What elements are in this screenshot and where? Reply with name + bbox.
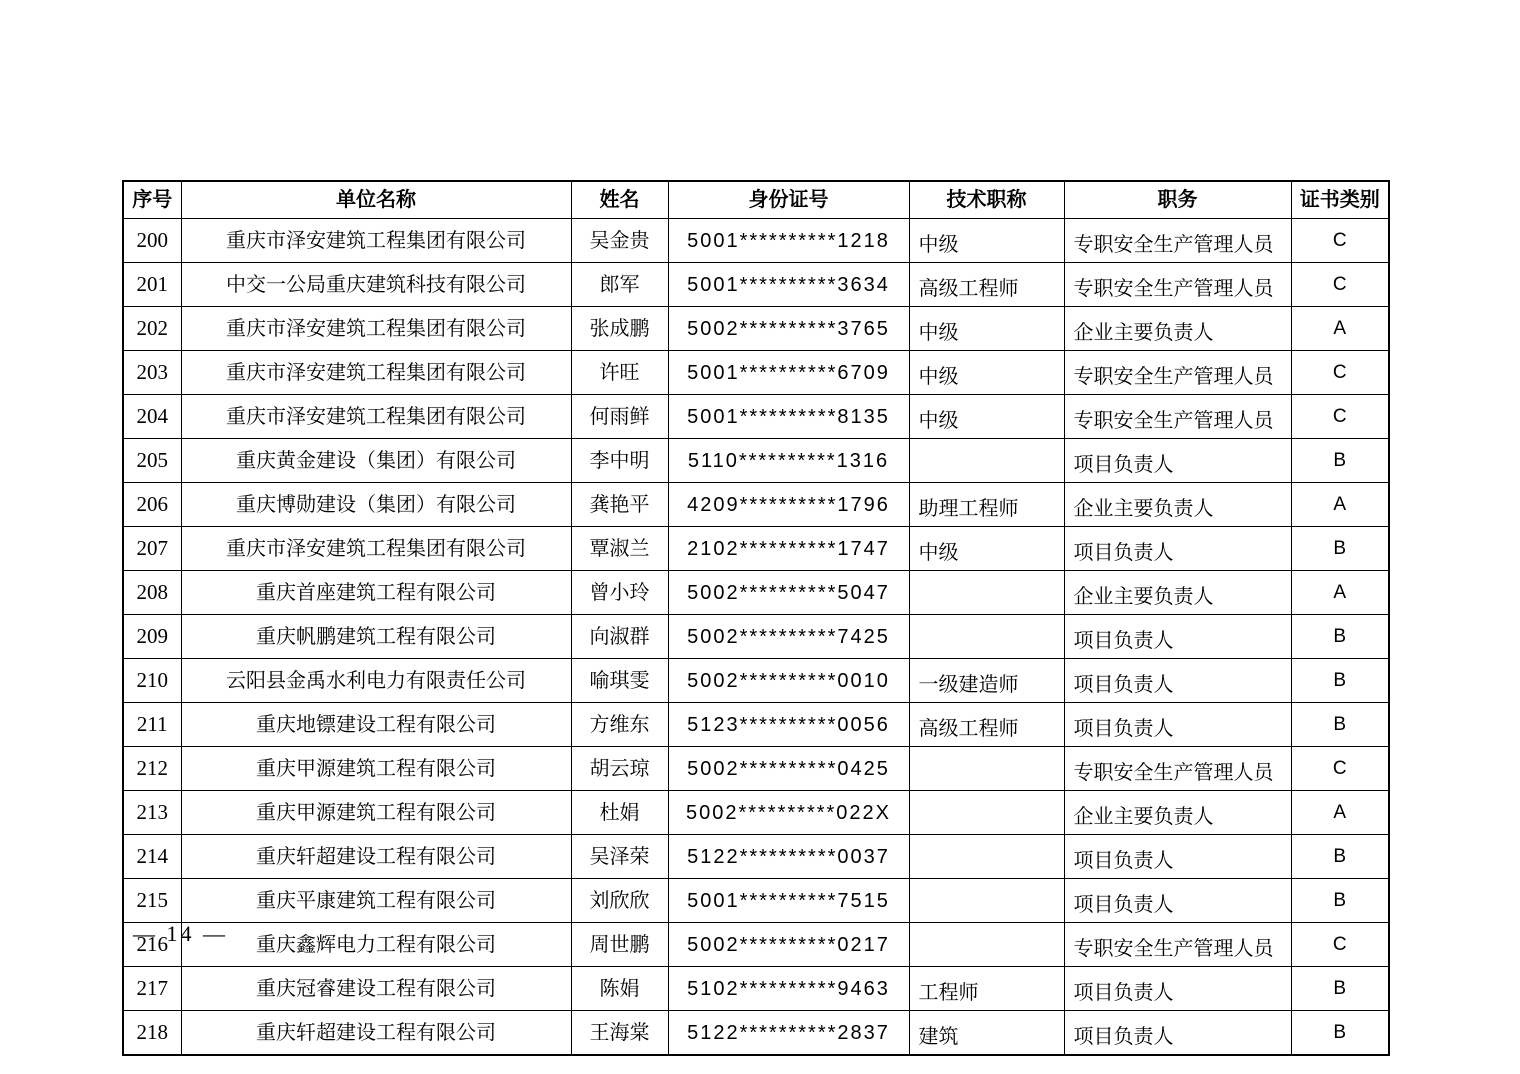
cell-title: 中级	[909, 527, 1064, 571]
cell-id_number: 5002**********0010	[668, 659, 909, 703]
cell-id_number: 4209**********1796	[668, 483, 909, 527]
cell-name: 郎军	[571, 263, 668, 307]
cell-position: 项目负责人	[1064, 439, 1291, 483]
certificate-holders-table: 序号单位名称姓名身份证号技术职称职务证书类别 200重庆市泽安建筑工程集团有限公…	[122, 180, 1390, 1056]
cell-no: 208	[123, 571, 181, 615]
cell-name: 喻琪雯	[571, 659, 668, 703]
table-row: 212重庆甲源建筑工程有限公司胡云琼5002**********0425专职安全…	[123, 747, 1389, 791]
cell-cert: A	[1291, 791, 1389, 835]
table-row: 217重庆冠睿建设工程有限公司陈娟5102**********9463工程师项目…	[123, 967, 1389, 1011]
cell-title: 工程师	[909, 967, 1064, 1011]
cell-title: 高级工程师	[909, 703, 1064, 747]
cell-name: 许旺	[571, 351, 668, 395]
cell-title	[909, 747, 1064, 791]
table-row: 208重庆首座建筑工程有限公司曾小玲5002**********5047企业主要…	[123, 571, 1389, 615]
cell-name: 曾小玲	[571, 571, 668, 615]
table-row: 202重庆市泽安建筑工程集团有限公司张成鹏5002**********3765中…	[123, 307, 1389, 351]
cell-position: 项目负责人	[1064, 703, 1291, 747]
cell-position: 项目负责人	[1064, 967, 1291, 1011]
cell-name: 吴泽荣	[571, 835, 668, 879]
cell-company: 重庆市泽安建筑工程集团有限公司	[181, 351, 571, 395]
cell-name: 龚艳平	[571, 483, 668, 527]
cell-title	[909, 923, 1064, 967]
cell-name: 胡云琼	[571, 747, 668, 791]
cell-position: 专职安全生产管理人员	[1064, 351, 1291, 395]
cell-id_number: 5001**********7515	[668, 879, 909, 923]
cell-cert: C	[1291, 263, 1389, 307]
cell-id_number: 5001**********1218	[668, 219, 909, 263]
cell-name: 李中明	[571, 439, 668, 483]
cell-cert: A	[1291, 571, 1389, 615]
cell-id_number: 5102**********9463	[668, 967, 909, 1011]
column-header-no: 序号	[123, 181, 181, 219]
cell-cert: B	[1291, 659, 1389, 703]
cell-id_number: 5002**********0217	[668, 923, 909, 967]
cell-company: 重庆鑫辉电力工程有限公司	[181, 923, 571, 967]
table-row: 203重庆市泽安建筑工程集团有限公司许旺5001**********6709中级…	[123, 351, 1389, 395]
cell-company: 重庆冠睿建设工程有限公司	[181, 967, 571, 1011]
cell-title: 中级	[909, 219, 1064, 263]
cell-position: 项目负责人	[1064, 615, 1291, 659]
cell-name: 陈娟	[571, 967, 668, 1011]
cell-id_number: 5002**********3765	[668, 307, 909, 351]
cell-name: 吴金贵	[571, 219, 668, 263]
cell-id_number: 5001**********8135	[668, 395, 909, 439]
cell-name: 向淑群	[571, 615, 668, 659]
cell-company: 重庆轩超建设工程有限公司	[181, 835, 571, 879]
cell-title: 中级	[909, 395, 1064, 439]
cell-no: 205	[123, 439, 181, 483]
cell-company: 云阳县金禹水利电力有限责任公司	[181, 659, 571, 703]
cell-no: 218	[123, 1011, 181, 1056]
column-header-position: 职务	[1064, 181, 1291, 219]
table-row: 206重庆博勋建设（集团）有限公司龚艳平4209**********1796助理…	[123, 483, 1389, 527]
cell-cert: B	[1291, 1011, 1389, 1056]
cell-no: 213	[123, 791, 181, 835]
cell-title	[909, 439, 1064, 483]
cell-id_number: 5001**********3634	[668, 263, 909, 307]
cell-no: 201	[123, 263, 181, 307]
cell-no: 203	[123, 351, 181, 395]
table-row: 205重庆黄金建设（集团）有限公司李中明5110**********1316项目…	[123, 439, 1389, 483]
cell-position: 专职安全生产管理人员	[1064, 263, 1291, 307]
table-row: 211重庆地镖建设工程有限公司方维东5123**********0056高级工程…	[123, 703, 1389, 747]
table-row: 215重庆平康建筑工程有限公司刘欣欣5001**********7515项目负责…	[123, 879, 1389, 923]
cell-position: 专职安全生产管理人员	[1064, 923, 1291, 967]
cell-company: 重庆市泽安建筑工程集团有限公司	[181, 527, 571, 571]
cell-id_number: 5122**********0037	[668, 835, 909, 879]
cell-no: 217	[123, 967, 181, 1011]
cell-cert: B	[1291, 967, 1389, 1011]
cell-name: 覃淑兰	[571, 527, 668, 571]
cell-title: 中级	[909, 351, 1064, 395]
cell-name: 王海棠	[571, 1011, 668, 1056]
cell-cert: B	[1291, 615, 1389, 659]
cell-no: 206	[123, 483, 181, 527]
cell-position: 企业主要负责人	[1064, 791, 1291, 835]
cell-position: 企业主要负责人	[1064, 483, 1291, 527]
cell-position: 专职安全生产管理人员	[1064, 395, 1291, 439]
table-row: 204重庆市泽安建筑工程集团有限公司何雨鲜5001**********8135中…	[123, 395, 1389, 439]
cell-no: 209	[123, 615, 181, 659]
table-row: 200重庆市泽安建筑工程集团有限公司吴金贵5001**********1218中…	[123, 219, 1389, 263]
table-row: 214重庆轩超建设工程有限公司吴泽荣5122**********0037项目负责…	[123, 835, 1389, 879]
cell-id_number: 5002**********022X	[668, 791, 909, 835]
cell-id_number: 2102**********1747	[668, 527, 909, 571]
cell-no: 202	[123, 307, 181, 351]
cell-name: 张成鹏	[571, 307, 668, 351]
cell-position: 企业主要负责人	[1064, 571, 1291, 615]
cell-id_number: 5002**********0425	[668, 747, 909, 791]
cell-id_number: 5122**********2837	[668, 1011, 909, 1056]
cell-position: 项目负责人	[1064, 1011, 1291, 1056]
cell-company: 重庆市泽安建筑工程集团有限公司	[181, 219, 571, 263]
cell-position: 项目负责人	[1064, 879, 1291, 923]
column-header-id_number: 身份证号	[668, 181, 909, 219]
cell-position: 企业主要负责人	[1064, 307, 1291, 351]
cell-company: 中交一公局重庆建筑科技有限公司	[181, 263, 571, 307]
cell-company: 重庆黄金建设（集团）有限公司	[181, 439, 571, 483]
cell-id_number: 5002**********7425	[668, 615, 909, 659]
cell-name: 杜娟	[571, 791, 668, 835]
table-row: 209重庆帆鹏建筑工程有限公司向淑群5002**********7425项目负责…	[123, 615, 1389, 659]
cell-company: 重庆帆鹏建筑工程有限公司	[181, 615, 571, 659]
cell-name: 方维东	[571, 703, 668, 747]
cell-no: 200	[123, 219, 181, 263]
document-page: 序号单位名称姓名身份证号技术职称职务证书类别 200重庆市泽安建筑工程集团有限公…	[0, 0, 1520, 1074]
cell-company: 重庆甲源建筑工程有限公司	[181, 747, 571, 791]
cell-title: 助理工程师	[909, 483, 1064, 527]
cell-company: 重庆首座建筑工程有限公司	[181, 571, 571, 615]
cell-id_number: 5001**********6709	[668, 351, 909, 395]
cell-cert: C	[1291, 747, 1389, 791]
cell-cert: C	[1291, 923, 1389, 967]
cell-no: 212	[123, 747, 181, 791]
cell-title: 一级建造师	[909, 659, 1064, 703]
cell-id_number: 5002**********5047	[668, 571, 909, 615]
cell-position: 项目负责人	[1064, 527, 1291, 571]
cell-cert: C	[1291, 395, 1389, 439]
cell-title: 建筑	[909, 1011, 1064, 1056]
page-number: — 14 —	[133, 921, 228, 947]
column-header-title: 技术职称	[909, 181, 1064, 219]
cell-cert: B	[1291, 703, 1389, 747]
table-body: 200重庆市泽安建筑工程集团有限公司吴金贵5001**********1218中…	[123, 219, 1389, 1056]
cell-name: 周世鹏	[571, 923, 668, 967]
cell-company: 重庆甲源建筑工程有限公司	[181, 791, 571, 835]
cell-cert: B	[1291, 879, 1389, 923]
table-row: 210云阳县金禹水利电力有限责任公司喻琪雯5002**********0010一…	[123, 659, 1389, 703]
cell-company: 重庆地镖建设工程有限公司	[181, 703, 571, 747]
cell-name: 刘欣欣	[571, 879, 668, 923]
cell-company: 重庆市泽安建筑工程集团有限公司	[181, 307, 571, 351]
cell-company: 重庆市泽安建筑工程集团有限公司	[181, 395, 571, 439]
cell-company: 重庆平康建筑工程有限公司	[181, 879, 571, 923]
cell-cert: A	[1291, 483, 1389, 527]
table-row: 213重庆甲源建筑工程有限公司杜娟5002**********022X企业主要负…	[123, 791, 1389, 835]
cell-title	[909, 835, 1064, 879]
column-header-company: 单位名称	[181, 181, 571, 219]
cell-no: 204	[123, 395, 181, 439]
cell-title	[909, 791, 1064, 835]
cell-no: 211	[123, 703, 181, 747]
cell-cert: C	[1291, 351, 1389, 395]
cell-cert: B	[1291, 527, 1389, 571]
table-row: 201中交一公局重庆建筑科技有限公司郎军5001**********3634高级…	[123, 263, 1389, 307]
cell-position: 专职安全生产管理人员	[1064, 219, 1291, 263]
cell-title: 高级工程师	[909, 263, 1064, 307]
cell-company: 重庆轩超建设工程有限公司	[181, 1011, 571, 1056]
column-header-cert: 证书类别	[1291, 181, 1389, 219]
cell-position: 专职安全生产管理人员	[1064, 747, 1291, 791]
column-header-name: 姓名	[571, 181, 668, 219]
table-header-row: 序号单位名称姓名身份证号技术职称职务证书类别	[123, 181, 1389, 219]
cell-company: 重庆博勋建设（集团）有限公司	[181, 483, 571, 527]
cell-cert: B	[1291, 439, 1389, 483]
cell-title	[909, 571, 1064, 615]
table-row: 218重庆轩超建设工程有限公司王海棠5122**********2837建筑项目…	[123, 1011, 1389, 1056]
cell-id_number: 5123**********0056	[668, 703, 909, 747]
cell-cert: B	[1291, 835, 1389, 879]
cell-no: 214	[123, 835, 181, 879]
cell-no: 210	[123, 659, 181, 703]
cell-title	[909, 615, 1064, 659]
cell-cert: C	[1291, 219, 1389, 263]
cell-no: 207	[123, 527, 181, 571]
cell-name: 何雨鲜	[571, 395, 668, 439]
cell-position: 项目负责人	[1064, 835, 1291, 879]
cell-id_number: 5110**********1316	[668, 439, 909, 483]
cell-title: 中级	[909, 307, 1064, 351]
table-row: 216重庆鑫辉电力工程有限公司周世鹏5002**********0217专职安全…	[123, 923, 1389, 967]
cell-position: 项目负责人	[1064, 659, 1291, 703]
cell-no: 215	[123, 879, 181, 923]
cell-cert: A	[1291, 307, 1389, 351]
cell-title	[909, 879, 1064, 923]
table-row: 207重庆市泽安建筑工程集团有限公司覃淑兰2102**********1747中…	[123, 527, 1389, 571]
